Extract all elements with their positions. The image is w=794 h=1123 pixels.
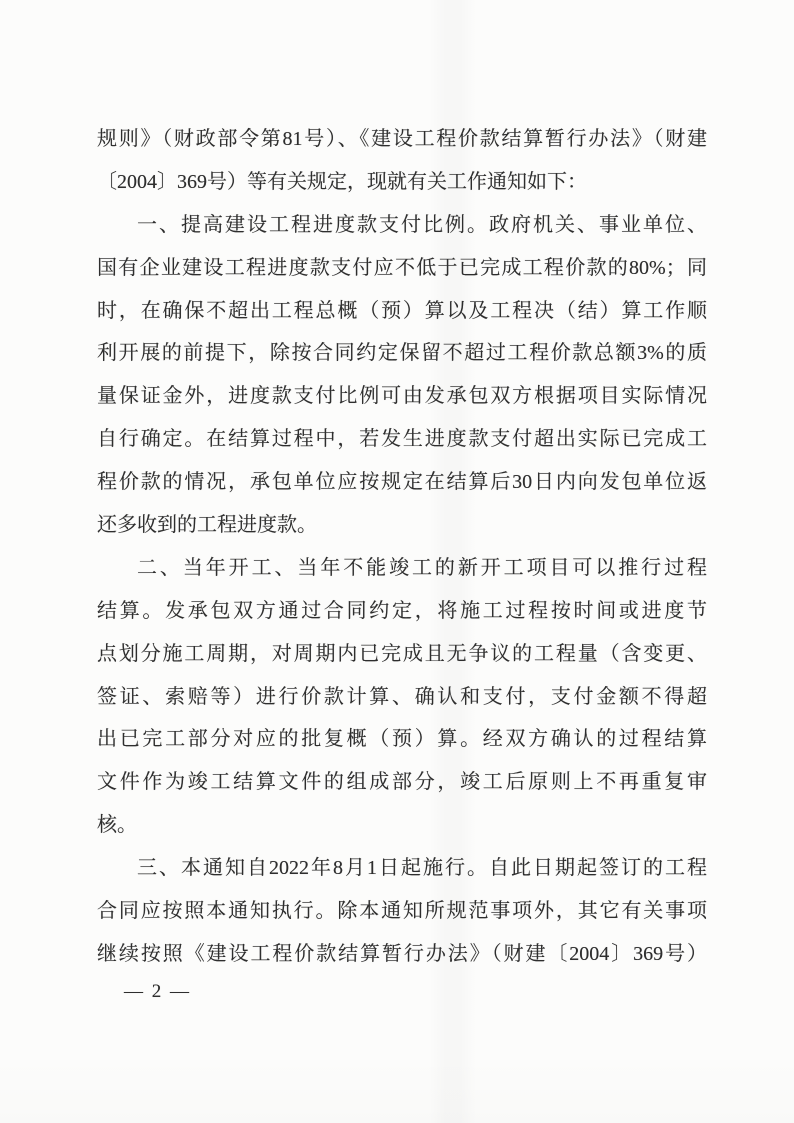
text-line-19: 合同应按照本通知执行。除本通知所规范事项外，其它有关事项	[97, 890, 707, 933]
page-number: — 2 —	[124, 977, 191, 1007]
text-line-13: 点划分施工周期，对周期内已完成且无争议的工程量（含变更、	[97, 633, 707, 676]
document-body: 规则》（财政部令第81号）、《建设工程价款结算暂行办法》（财建〔2004〕369…	[97, 118, 707, 976]
text-line-10: 还多收到的工程进度款。	[97, 504, 707, 547]
text-line-16: 文件作为竣工结算文件的组成部分，竣工后原则上不再重复审	[97, 761, 707, 804]
text-line-1: 规则》（财政部令第81号）、《建设工程价款结算暂行办法》（财建	[97, 118, 707, 161]
text-line-15: 出已完工部分对应的批复概（预）算。经双方确认的过程结算	[97, 718, 707, 761]
text-line-20: 继续按照《建设工程价款结算暂行办法》（财建〔2004〕369号）	[97, 933, 707, 976]
text-line-8: 自行确定。在结算过程中，若发生进度款支付超出实际已完成工	[97, 418, 707, 461]
text-line-9: 程价款的情况，承包单位应按规定在结算后30日内向发包单位返	[97, 461, 707, 504]
text-line-14: 签证、索赔等）进行价款计算、确认和支付，支付金额不得超	[97, 676, 707, 719]
text-line-7: 量保证金外，进度款支付比例可由发承包双方根据项目实际情况	[97, 375, 707, 418]
text-line-5: 时，在确保不超出工程总概（预）算以及工程决（结）算工作顺	[97, 290, 707, 333]
text-line-3: 一、提高建设工程进度款支付比例。政府机关、事业单位、	[97, 204, 707, 247]
text-line-18: 三、本通知自2022年8月1日起施行。自此日期起签订的工程	[97, 847, 707, 890]
text-line-11: 二、当年开工、当年不能竣工的新开工项目可以推行过程	[97, 547, 707, 590]
text-line-2: 〔2004〕369号）等有关规定，现就有关工作通知如下：	[97, 161, 707, 204]
text-line-17: 核。	[97, 804, 707, 847]
text-line-12: 结算。发承包双方通过合同约定，将施工过程按时间或进度节	[97, 590, 707, 633]
text-line-6: 利开展的前提下，除按合同约定保留不超过工程价款总额3%的质	[97, 332, 707, 375]
document-page: 规则》（财政部令第81号）、《建设工程价款结算暂行办法》（财建〔2004〕369…	[0, 0, 794, 1123]
text-line-4: 国有企业建设工程进度款支付应不低于已完成工程价款的80%；同	[97, 247, 707, 290]
